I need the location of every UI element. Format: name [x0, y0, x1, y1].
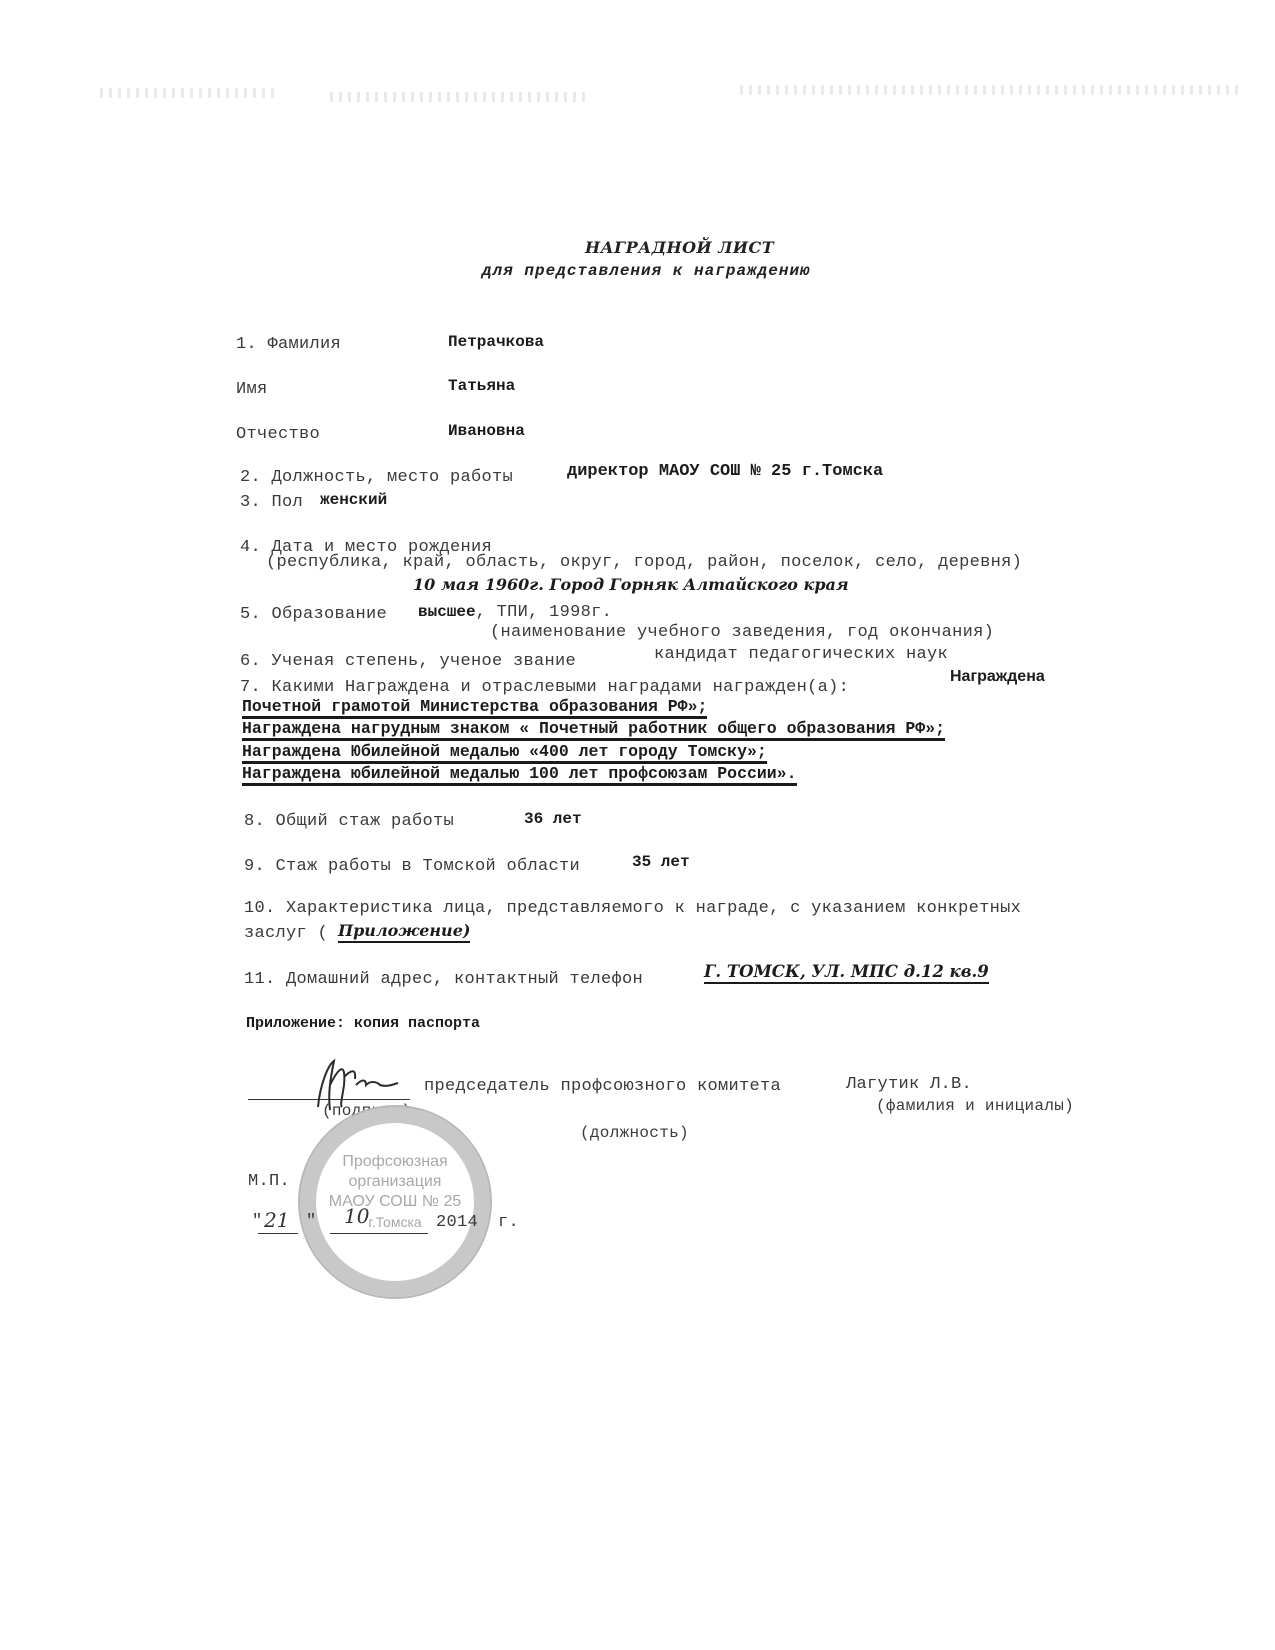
signer-name: Лагутик Л.В. [846, 1075, 972, 1094]
date-suffix: г. [498, 1213, 519, 1232]
award-item: Награждена Юбилейной медалью «400 лет го… [242, 742, 767, 764]
document-title: НАГРАДНОЙ ЛИСТ [585, 238, 774, 257]
stamp-line: Профсоюзная [300, 1152, 490, 1172]
birth-value: 10 мая 1960г. Город Горняк Алтайского кр… [413, 575, 849, 594]
awards-label: 7. Какими Награждена и отраслевыми награ… [240, 678, 849, 697]
date-quote-close: " [306, 1212, 317, 1231]
name-caption: (фамилия и инициалы) [876, 1097, 1074, 1115]
address-label: 11. Домашний адрес, контактный телефон [244, 970, 643, 989]
education-level: высшее [418, 603, 476, 621]
sex-label: 3. Пол [240, 493, 303, 512]
awards-first-word: Награждена [950, 668, 1045, 686]
date-month: 10 [344, 1204, 369, 1228]
name-label: Имя [236, 380, 268, 399]
date-month-line [330, 1233, 428, 1234]
date-day: 21 [264, 1208, 289, 1232]
total-experience-label: 8. Общий стаж работы [244, 812, 454, 831]
patronymic-label: Отчество [236, 425, 320, 444]
position-label: 2. Должность, место работы [240, 468, 513, 487]
surname-value: Петрачкова [448, 333, 544, 351]
address-value: Г. ТОМСК, УЛ. МПС д.12 кв.9 [704, 962, 989, 984]
scan-noise [100, 88, 280, 98]
document-subtitle: для представления к награждению [482, 262, 811, 280]
date-day-line [258, 1233, 298, 1234]
region-experience-label: 9. Стаж работы в Томской области [244, 857, 580, 876]
surname-label: 1. Фамилия [236, 335, 341, 354]
patronymic-value: Ивановна [448, 422, 525, 440]
position-value: директор МАОУ СОШ № 25 г.Томска [567, 462, 883, 481]
region-experience-value: 35 лет [632, 853, 690, 871]
attachment-note: Приложение: копия паспорта [246, 1015, 480, 1032]
date-quote-open: " [252, 1212, 263, 1231]
stamp-line: организация [300, 1172, 490, 1192]
seal-label: М.П. [248, 1172, 290, 1191]
position-caption: (должность) [580, 1124, 689, 1142]
degree-label: 6. Ученая степень, ученое звание [240, 652, 576, 671]
stamp-line: МАОУ СОШ № 25 [300, 1192, 490, 1212]
scan-noise [330, 92, 590, 102]
sex-value: женский [320, 491, 387, 509]
name-value: Татьяна [448, 377, 515, 395]
scan-noise [740, 85, 1240, 95]
award-item: Награждена нагрудным знаком « Почетный р… [242, 719, 945, 741]
birth-hint: (республика, край, область, округ, город… [266, 553, 1022, 572]
characteristic-label-cont: заслуг ( [244, 924, 328, 943]
award-item: Почетной грамотой Министерства образован… [242, 697, 707, 719]
award-item: Награждена юбилейной медалью 100 лет про… [242, 764, 797, 786]
education-value: высшее, ТПИ, 1998г. [418, 603, 612, 622]
degree-value: кандидат педагогических наук [654, 645, 948, 664]
total-experience-value: 36 лет [524, 810, 582, 828]
education-label: 5. Образование [240, 605, 387, 624]
official-stamp: Профсоюзная организация МАОУ СОШ № 25 г.… [298, 1105, 492, 1299]
characteristic-attachment-link[interactable]: Приложение) [338, 921, 470, 943]
date-year: 2014 [436, 1213, 478, 1232]
characteristic-label: 10. Характеристика лица, представляемого… [244, 899, 1021, 918]
signer-position: председатель профсоюзного комитета [424, 1077, 781, 1096]
education-institution: , ТПИ, 1998г. [476, 603, 613, 622]
education-hint: (наименование учебного заведения, год ок… [490, 623, 994, 642]
